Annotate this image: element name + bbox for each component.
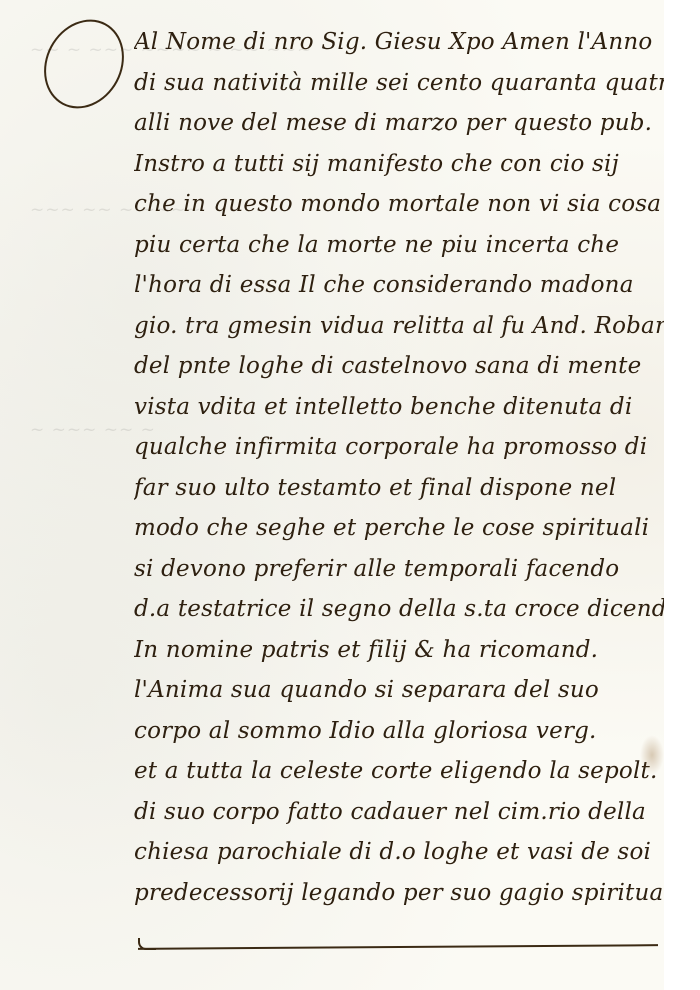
- text-line: si devono preferir alle temporali facend…: [134, 549, 664, 590]
- text-line: alli nove del mese di marzo per questo p…: [134, 103, 664, 144]
- text-line: di suo corpo fatto cadauer nel cim.rio d…: [134, 792, 664, 833]
- text-line: vista vdita et intelletto benche ditenut…: [134, 387, 664, 428]
- text-line: In nomine patris et filij & ha ricomand.: [134, 630, 664, 671]
- text-line: gio. tra gmesin vidua relitta al fu And.…: [134, 306, 664, 347]
- text-line: corpo al sommo Idio alla gloriosa verg.: [134, 711, 664, 752]
- text-line: d.a testatrice il segno della s.ta croce…: [134, 589, 664, 630]
- ink-stain: [640, 735, 664, 775]
- text-line: del pnte loghe di castelnovo sana di men…: [134, 346, 664, 387]
- text-line: chiesa parochiale di d.o loghe et vasi d…: [134, 832, 664, 873]
- decorative-initial-letter: [29, 6, 139, 123]
- text-line: di sua natività mille sei cento quaranta…: [134, 63, 664, 104]
- text-line: che in questo mondo mortale non vi sia c…: [134, 184, 664, 225]
- text-line: qualche infirmita corporale ha promosso …: [134, 427, 664, 468]
- closing-underline-rule: [138, 944, 658, 950]
- manuscript-text: Al Nome di nro Sig. Giesu Xpo Amen l'Ann…: [134, 22, 664, 913]
- text-line: Al Nome di nro Sig. Giesu Xpo Amen l'Ann…: [134, 22, 664, 63]
- text-line: far suo ulto testamto et final dispone n…: [134, 468, 664, 509]
- text-line: et a tutta la celeste corte eligendo la …: [134, 751, 664, 792]
- text-line: piu certa che la morte ne piu incerta ch…: [134, 225, 664, 266]
- text-line: l'hora di essa Il che considerando madon…: [134, 265, 664, 306]
- text-line: predecessorij legando per suo gagio spir…: [134, 873, 664, 914]
- text-line: modo che seghe et perche le cose spiritu…: [134, 508, 664, 549]
- text-line: Instro a tutti sij manifesto che con cio…: [134, 144, 664, 185]
- text-line: l'Anima sua quando si separara del suo: [134, 670, 664, 711]
- manuscript-page: ~~ ~ ~~~ ~~~~ ~ ~~ ~~~ ~~~ ~~ ~ ~~~~ ~ ~…: [0, 0, 664, 990]
